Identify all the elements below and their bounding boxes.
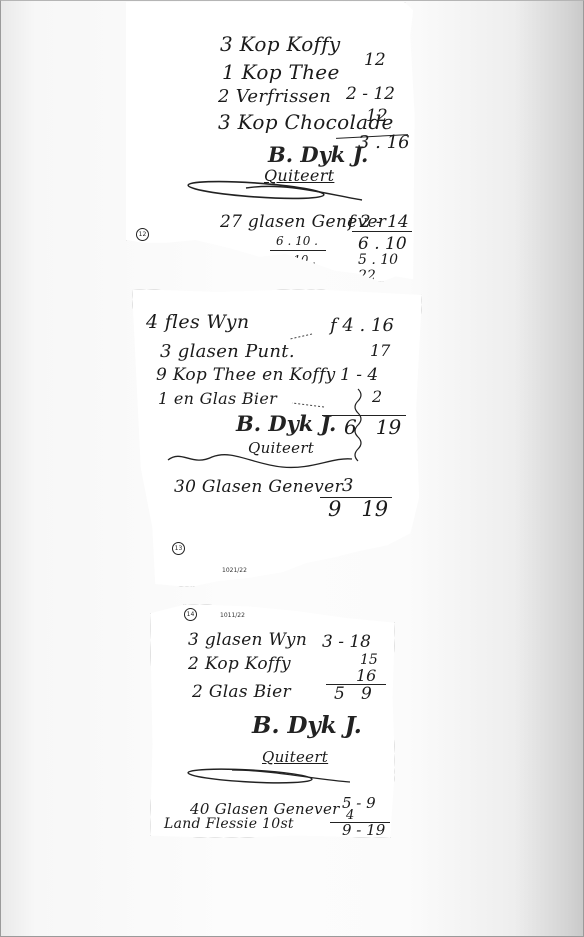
catalog-number: 1021/22	[222, 567, 247, 574]
calc-value: 6 . 10 .	[276, 234, 318, 248]
circled-number: 12	[136, 228, 149, 241]
calc-total: 9 - 19	[342, 821, 385, 839]
calc-total: 9 19	[328, 497, 388, 521]
receipt-slip-14: 14 1011/22 3 glasen Wyn 3 - 18 2 Kop Kof…	[150, 604, 395, 838]
calc-rule	[352, 231, 412, 232]
extra-line: 30 Glasen Genever	[174, 477, 343, 497]
calc-rule	[270, 250, 326, 251]
extra-amount: 3	[342, 475, 353, 496]
receipt-slip-13: 4 fles Wyn f 4 . 16 3 glasen Punt. 17 9 …	[132, 289, 422, 587]
extra-amount: f 2 - 14	[348, 212, 409, 232]
extra-line: Land Flessie 10st	[164, 816, 294, 832]
calc-value: 22	[358, 268, 376, 284]
calc-value: 5 . 10 .	[274, 253, 316, 267]
receipt-slip-12: 3 Kop Koffy 1 Kop Thee 12 2 Verfrissen 2…	[126, 2, 416, 282]
catalog-number: 1011/22	[164, 251, 189, 258]
calc-value: 6 . 10	[358, 234, 407, 254]
calc-value: 5 . 10	[358, 252, 398, 268]
circled-number: 13	[172, 542, 185, 555]
